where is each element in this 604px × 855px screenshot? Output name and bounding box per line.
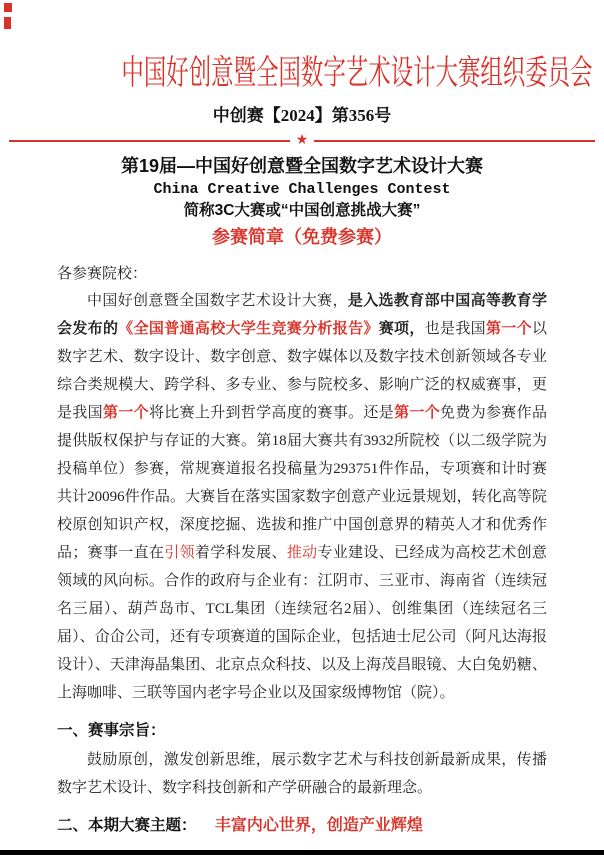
intro-paragraph: 中国好创意暨全国数字艺术设计大赛，是入选教育部中国高等教育学会发布的《全国普通高… xyxy=(57,287,547,707)
contest-title-en: China Creative Challenges Contest xyxy=(57,180,547,199)
document-number: 中创赛【2024】第356号 xyxy=(0,105,604,127)
intro-segment: 第一个 xyxy=(103,405,149,421)
section1-title: 一、赛事宗旨： xyxy=(57,720,547,742)
bottom-scan-edge xyxy=(0,850,604,855)
intro-segment: 赛项， xyxy=(379,321,425,337)
section2-line: 二、本期大赛主题： 丰富内心世界，创造产业辉煌 xyxy=(57,815,547,837)
salutation: 各参赛院校： xyxy=(57,264,547,284)
organization-title-text: 中国好创意暨全国数字艺术设计大赛组织委员会 xyxy=(121,54,592,94)
intro-segment: 第一个 xyxy=(394,405,440,421)
intro-segment: 也是我国 xyxy=(425,321,486,337)
document-content: 第19届—中国好创意暨全国数字艺术设计大赛 China Creative Cha… xyxy=(0,155,604,837)
intro-segment: 免费为参赛作品提供版权保护与存证的大赛。第18届大赛共有3932所院校（以二级学… xyxy=(57,405,547,561)
intro-segment: 将比赛上升到哲学高度的赛事。还是 xyxy=(149,405,394,421)
red-mark-icon xyxy=(4,3,12,12)
intro-segment: 推动 xyxy=(287,545,318,561)
red-mark-icon xyxy=(4,17,11,29)
registration-marks xyxy=(4,3,12,29)
contest-theme: 丰富内心世界，创造产业辉煌 xyxy=(215,817,423,834)
document-page: 中国好创意暨全国数字艺术设计大赛组织委员会 中创赛【2024】第356号 ★ 第… xyxy=(0,0,604,855)
star-icon: ★ xyxy=(296,134,309,148)
star-divider: ★ xyxy=(9,134,595,148)
intro-segment: 《全国普通高校大学生竞赛分析报告》 xyxy=(118,321,378,337)
intro-segment: 着学科发展、 xyxy=(195,545,287,561)
section2-title: 二、本期大赛主题： xyxy=(57,817,197,834)
intro-segment: 中国好创意暨全国数字艺术设计大赛， xyxy=(87,293,348,309)
brochure-title: 参赛简章（免费参赛） xyxy=(57,225,547,249)
intro-segment: 专业建设、已经成为高校艺术创意领域的风向标。合作的政府与企业有：江阴市、三亚市、… xyxy=(57,545,547,701)
organization-title: 中国好创意暨全国数字艺术设计大赛组织委员会 xyxy=(0,0,604,94)
divider-line-right xyxy=(314,140,595,142)
intro-segment: 第一个 xyxy=(486,321,532,337)
intro-segment: 引领 xyxy=(164,545,195,561)
divider-line-left xyxy=(9,140,290,142)
section1-body: 鼓励原创，激发创新思维，展示数字艺术与科技创新最新成果，传播数字艺术设计、数字科… xyxy=(57,746,547,802)
contest-abbreviation: 简称3C大赛或“中国创意挑战大赛” xyxy=(57,201,547,221)
contest-title-cn: 第19届—中国好创意暨全国数字艺术设计大赛 xyxy=(57,155,547,178)
